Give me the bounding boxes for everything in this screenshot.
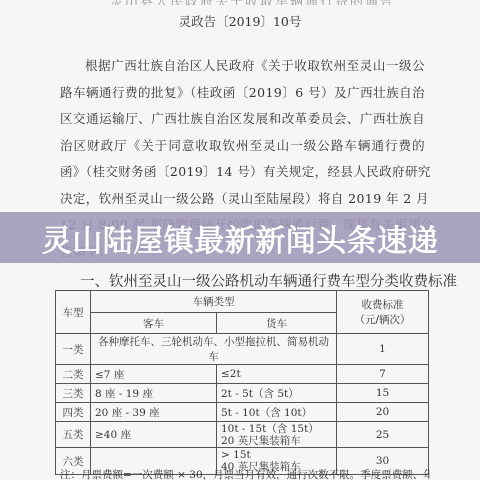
table-row: 三类 8 座 - 19 座 2t - 5t（含 5t） 15	[56, 384, 429, 403]
cell-truck: 5t - 10t（含 10t）	[217, 403, 337, 422]
headline-banner: 灵山陆屋镇最新新闻头条速递	[0, 212, 480, 263]
cell-fee: 15	[337, 384, 429, 403]
document-number: 灵政告〔2019〕10号	[0, 12, 480, 30]
header-fee-line1: 收费标准	[341, 297, 424, 312]
header-fee: 收费标准 （元/辆次）	[337, 291, 429, 334]
header-fee-line2: （元/辆次）	[341, 312, 424, 327]
header-bus: 客车	[91, 313, 217, 334]
document-title-partial: 灵山县人民政府关于收取车辆通行费的通告	[110, 0, 390, 5]
cell-class: 四类	[56, 403, 91, 422]
document-page: 灵山县人民政府关于收取车辆通行费的通告 灵政告〔2019〕10号 根据广西壮族自…	[0, 0, 480, 480]
section-title: 一、钦州至灵山一级公路机动车辆通行费车型分类收费标准	[80, 270, 430, 291]
paragraph-line: 决定，钦州至灵山一级公路（灵山至陆屋段）将自 2019 年 2 月	[60, 186, 425, 213]
table-note: 注：月票费额=一次费额 × 30，月票当月有效，通行次数不限。季度票费额、年票费	[60, 467, 430, 480]
cell-fee: 20	[337, 403, 429, 422]
fee-table: 车型 车辆类型 收费标准 （元/辆次） 客车 货车 一类 各种摩托车、三轮机动车…	[55, 290, 429, 475]
cell-truck: 10t - 15t（含 15t） 20 英尺集装箱车	[217, 422, 337, 448]
paragraph-line: 根据广西壮族自治区人民政府《关于收取钦州至灵山一级公	[60, 53, 425, 80]
cell-merged: 各种摩托车、三轮机动车、小型拖拉机、简易机动车	[91, 334, 337, 365]
header-vehicle-type: 车辆类型	[91, 291, 337, 313]
cell-fee: 1	[337, 334, 429, 365]
table-row: 四类 20 座 - 39 座 5t - 10t（含 10t） 20	[56, 403, 429, 422]
paragraph-line: 路车辆通行费的批复》（桂政函〔2019〕6 号）及广西壮族自治	[60, 80, 425, 107]
cell-truck: ≤2t	[217, 365, 337, 384]
paragraph-line: 区交通运输厅、广西壮族自治区发展和改革委员会、广西壮族自	[60, 106, 425, 133]
cell-fee: 7	[337, 365, 429, 384]
cell-fee: 25	[337, 422, 429, 448]
header-truck: 货车	[217, 313, 337, 334]
cell-bus: ≥40 座	[91, 422, 217, 448]
cell-truck-line2: 20 英尺集装箱车	[221, 435, 332, 447]
cell-class: 二类	[56, 365, 91, 384]
cell-truck-line1: > 15t	[221, 449, 332, 461]
table-row: 一类 各种摩托车、三轮机动车、小型拖拉机、简易机动车 1	[56, 334, 429, 365]
cell-bus: 8 座 - 19 座	[91, 384, 217, 403]
paragraph-line: 治区财政厅《关于同意收取钦州至灵山一级公路车辆通行费的	[60, 133, 425, 160]
cell-class: 一类	[56, 334, 91, 365]
header-vehicle-class: 车型	[56, 291, 91, 334]
table-row: 二类 ≤7 座 ≤2t 7	[56, 365, 429, 384]
headline-text: 灵山陆屋镇最新新闻头条速递	[42, 216, 439, 260]
cell-truck: 2t - 5t（含 5t）	[217, 384, 337, 403]
cell-truck-line1: 10t - 15t（含 15t）	[221, 423, 332, 435]
cell-class: 五类	[56, 422, 91, 448]
paragraph-line: 函》（桂交财务函〔2019〕14 号）有关规定，经县人民政府研究	[60, 159, 425, 186]
cell-class: 三类	[56, 384, 91, 403]
table-row: 五类 ≥40 座 10t - 15t（含 15t） 20 英尺集装箱车 25	[56, 422, 429, 448]
cell-bus: 20 座 - 39 座	[91, 403, 217, 422]
cell-bus: ≤7 座	[91, 365, 217, 384]
